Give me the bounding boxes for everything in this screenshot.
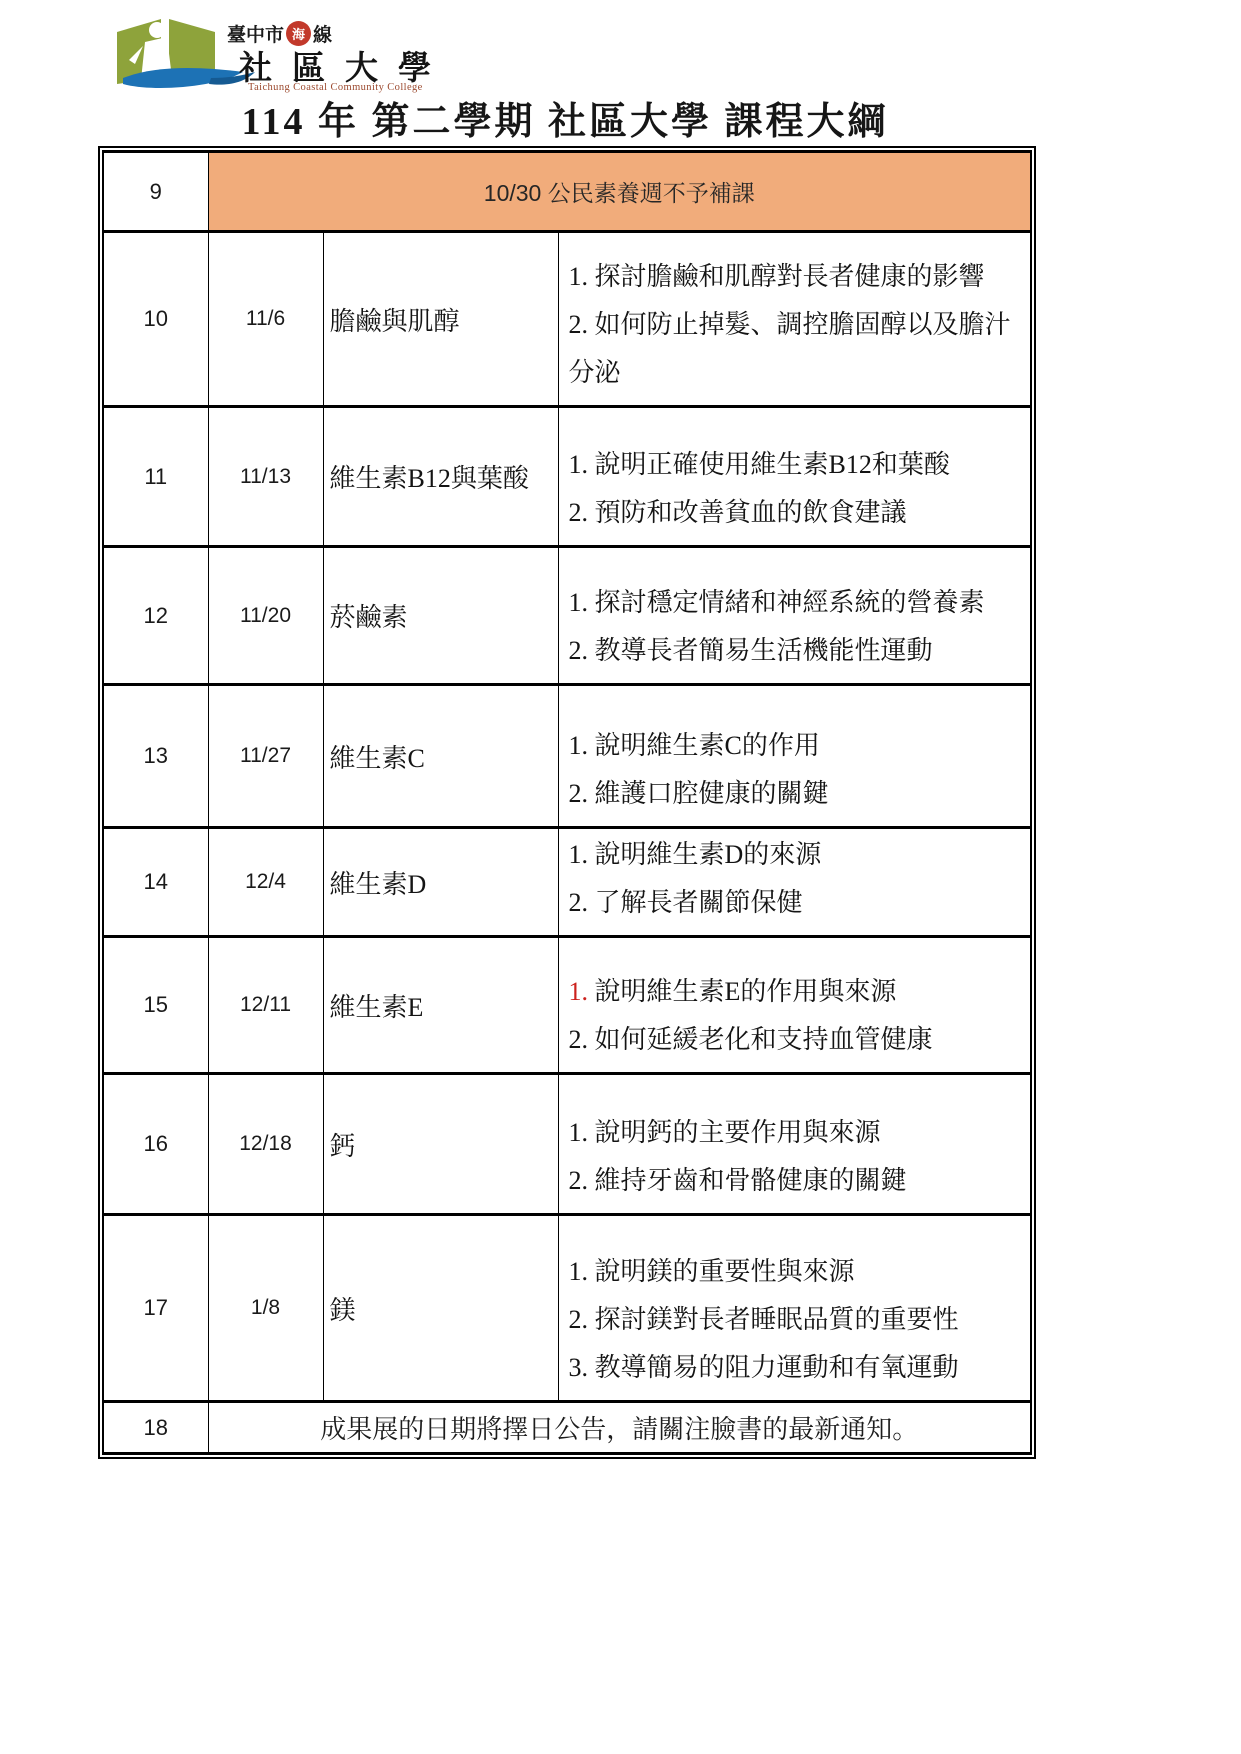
table-row-week18: 18 成果展的日期將擇日公告，請關注臉書的最新通知。 [103,1402,1031,1454]
topic-cell: 維生素E [323,937,558,1074]
date-cell: 12/4 [208,828,323,937]
content-cell: 1. 探討穩定情緒和神經系統的營養素2. 教導長者簡易生活機能性運動 [558,547,1031,685]
footer-announcement-cell: 成果展的日期將擇日公告，請關注臉書的最新通知。 [208,1402,1031,1454]
week-number-cell: 16 [103,1074,208,1215]
highlighted-list-marker: 1. [569,977,589,1006]
week-number-cell: 18 [103,1402,208,1454]
objective-line: 2. 如何延緩老化和支持血管健康 [569,1016,1027,1064]
content-cell: 1. 說明鈣的主要作用與來源2. 維持牙齒和骨骼健康的關鍵 [558,1074,1031,1215]
objective-line: 1. 探討穩定情緒和神經系統的營養素 [569,579,1027,627]
date-cell: 11/13 [208,407,323,547]
date-cell: 11/27 [208,685,323,828]
objective-line: 3. 教導簡易的阻力運動和有氧運動 [569,1344,1027,1392]
objective-line: 1. 探討膽鹼和肌醇對長者健康的影響 [569,253,1027,301]
week-number-cell: 14 [103,828,208,937]
table-row-week12: 12 11/20 菸鹼素 1. 探討穩定情緒和神經系統的營養素2. 教導長者簡易… [103,547,1031,685]
table-row-week13: 13 11/27 維生素C 1. 說明維生素C的作用2. 維護口腔健康的關鍵 [103,685,1031,828]
topic-cell: 鎂 [323,1215,558,1402]
objective-line: 2. 維護口腔健康的關鍵 [569,770,1027,818]
objective-line: 2. 維持牙齒和骨骼健康的關鍵 [569,1157,1027,1205]
objective-line: 1. 說明鈣的主要作用與來源 [569,1109,1027,1157]
objective-line: 2. 教導長者簡易生活機能性運動 [569,627,1027,675]
notice-cell: 10/30 公民素養週不予補課 [208,152,1031,232]
content-cell: 1. 說明鎂的重要性與來源2. 探討鎂對長者睡眠品質的重要性3. 教導簡易的阻力… [558,1215,1031,1402]
content-cell: 1. 說明正確使用維生素B12和葉酸2. 預防和改善貧血的飲食建議 [558,407,1031,547]
date-cell: 11/20 [208,547,323,685]
content-cell: 1. 說明維生素C的作用2. 維護口腔健康的關鍵 [558,685,1031,828]
logo: 臺中市海線 社區大學 Taichung Coastal Community Co… [115,12,495,98]
objective-line: 1. 說明鎂的重要性與來源 [569,1248,1027,1296]
objective-line: 1. 說明正確使用維生素B12和葉酸 [569,441,1027,489]
table-row-week17: 17 1/8 鎂 1. 說明鎂的重要性與來源2. 探討鎂對長者睡眠品質的重要性3… [103,1215,1031,1402]
topic-cell: 維生素C [323,685,558,828]
document-page: 臺中市海線 社區大學 Taichung Coastal Community Co… [0,0,1241,1754]
objective-line: 1. 說明維生素D的來源 [569,831,1027,879]
page-title: 114 年 第二學期 社區大學 課程大綱 [100,90,1030,145]
week-number-cell: 10 [103,232,208,407]
course-table: 9 10/30 公民素養週不予補課 10 11/6 膽鹼與肌醇 1. 探討膽鹼和… [102,150,1032,1455]
date-cell: 12/18 [208,1074,323,1215]
topic-cell: 膽鹼與肌醇 [323,232,558,407]
objective-line: 2. 預防和改善貧血的飲食建議 [569,489,1027,537]
topic-cell: 維生素B12與葉酸 [323,407,558,547]
logo-seal-character: 海 [292,24,305,43]
objective-line: 1. 說明維生素C的作用 [569,722,1027,770]
date-cell: 12/11 [208,937,323,1074]
topic-cell: 鈣 [323,1074,558,1215]
table-row-week9: 9 10/30 公民素養週不予補課 [103,152,1031,232]
table-row-week16: 16 12/18 鈣 1. 說明鈣的主要作用與來源2. 維持牙齒和骨骼健康的關鍵 [103,1074,1031,1215]
topic-cell: 維生素D [323,828,558,937]
week-number-cell: 13 [103,685,208,828]
week-number-cell: 12 [103,547,208,685]
content-cell: 1. 說明維生素D的來源2. 了解長者關節保健 [558,828,1031,937]
objective-line: 2. 如何防止掉髮、調控膽固醇以及膽汁分泌 [569,301,1027,397]
table-row-week15: 15 12/11 維生素E 1. 說明維生素E的作用與來源2. 如何延緩老化和支… [103,937,1031,1074]
date-cell: 11/6 [208,232,323,407]
course-table-border: 9 10/30 公民素養週不予補課 10 11/6 膽鹼與肌醇 1. 探討膽鹼和… [98,146,1036,1459]
table-row-week14: 14 12/4 維生素D 1. 說明維生素D的來源2. 了解長者關節保健 [103,828,1031,937]
week-number-cell: 9 [103,152,208,232]
course-table-body: 9 10/30 公民素養週不予補課 10 11/6 膽鹼與肌醇 1. 探討膽鹼和… [103,152,1031,1454]
table-row-week10: 10 11/6 膽鹼與肌醇 1. 探討膽鹼和肌醇對長者健康的影響2. 如何防止掉… [103,232,1031,407]
week-number-cell: 17 [103,1215,208,1402]
objective-line: 1. 說明維生素E的作用與來源 [569,968,1027,1016]
content-cell: 1. 探討膽鹼和肌醇對長者健康的影響2. 如何防止掉髮、調控膽固醇以及膽汁分泌 [558,232,1031,407]
objective-line: 2. 了解長者關節保健 [569,879,1027,927]
objective-line: 2. 探討鎂對長者睡眠品質的重要性 [569,1296,1027,1344]
topic-cell: 菸鹼素 [323,547,558,685]
week-number-cell: 11 [103,407,208,547]
date-cell: 1/8 [208,1215,323,1402]
week-number-cell: 15 [103,937,208,1074]
table-row-week11: 11 11/13 維生素B12與葉酸 1. 說明正確使用維生素B12和葉酸2. … [103,407,1031,547]
content-cell: 1. 說明維生素E的作用與來源2. 如何延緩老化和支持血管健康 [558,937,1031,1074]
